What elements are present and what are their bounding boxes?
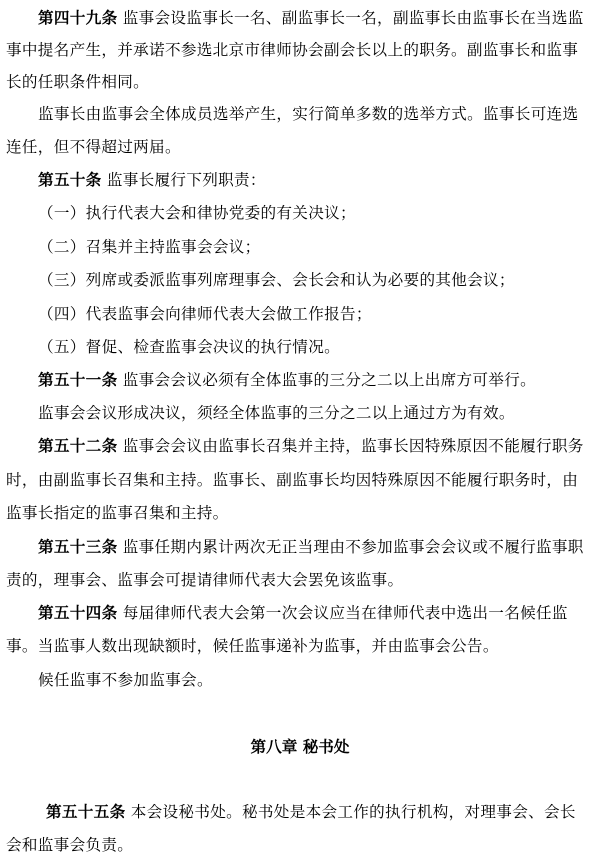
article-text: 每届律师代表大会第一次会议应当在律师代表中选出一名候任监 <box>123 604 568 622</box>
article-53-line-1: 第五十三条 监事任期内累计两次无正当理由不参加监事会会议或不履行监事职 <box>38 537 584 557</box>
article-50-item-5: （五）督促、检查监事会决议的执行情况。 <box>38 337 340 357</box>
article-49-line-2: 事中提名产生，并承诺不参选北京市律师协会副会长以上的职务。副监事长和监事 <box>6 40 578 60</box>
chapter-heading: 第八章 秘书处 <box>6 737 594 757</box>
article-51-line-1: 第五十一条 监事会会议必须有全体监事的三分之二以上出席方可举行。 <box>38 370 536 390</box>
article-text: 监事会会议必须有全体监事的三分之二以上出席方可举行。 <box>123 371 536 389</box>
article-text: 监事会会议由监事长召集并主持，监事长因特殊原因不能履行职务 <box>123 437 584 455</box>
article-55-line-2: 会和监事会负责。 <box>6 835 133 855</box>
article-52-line-3: 监事长指定的监事召集和主持。 <box>6 503 229 523</box>
article-50-item-3: （三）列席或委派监事列席理事会、会长会和认为必要的其他会议； <box>38 270 515 290</box>
article-text: 监事长履行下列职责： <box>107 171 266 189</box>
article-54-line-1: 第五十四条 每届律师代表大会第一次会议应当在律师代表中选出一名候任监 <box>38 603 568 623</box>
article-50-item-2: （二）召集并主持监事会会议； <box>38 237 261 257</box>
article-text: 监事任期内累计两次无正当理由不参加监事会会议或不履行监事职 <box>123 538 584 556</box>
article-49-paragraph-2-line-1: 监事长由监事会全体成员选举产生，实行简单多数的选举方式。监事长可连选 <box>38 104 578 124</box>
article-50-item-1: （一）执行代表大会和律协党委的有关决议； <box>38 203 356 223</box>
article-49-line-1: 第四十九条 监事会设监事长一名、副监事长一名，副监事长由监事长在当选监 <box>38 8 584 28</box>
article-53-line-2: 责的，理事会、监事会可提请律师代表大会罢免该监事。 <box>6 570 403 590</box>
article-52-line-1: 第五十二条 监事会会议由监事长召集并主持，监事长因特殊原因不能履行职务 <box>38 436 584 456</box>
article-54-paragraph-2: 候任监事不参加监事会。 <box>38 670 213 690</box>
article-49-paragraph-2-line-2: 连任，但不得超过两届。 <box>6 137 181 157</box>
article-label: 第五十二条 <box>38 437 117 455</box>
article-51-paragraph-2: 监事会会议形成决议，须经全体监事的三分之二以上通过方为有效。 <box>38 403 515 423</box>
article-52-line-2: 时，由副监事长召集和主持。监事长、副监事长均因特殊原因不能履行职务时，由 <box>6 470 578 490</box>
article-49-line-3: 长的任职条件相同。 <box>6 72 149 92</box>
article-54-line-2: 事。当监事人数出现缺额时，候任监事递补为监事，并由监事会公告。 <box>6 636 499 656</box>
article-label: 第五十条 <box>38 171 102 189</box>
article-label: 第四十九条 <box>38 9 117 27</box>
article-50-line-1: 第五十条 监事长履行下列职责： <box>38 170 266 190</box>
article-50-item-4: （四）代表监事会向律师代表大会做工作报告； <box>38 304 372 324</box>
article-label: 第五十三条 <box>38 538 117 556</box>
article-label: 第五十五条 <box>46 803 125 821</box>
article-text: 本会设秘书处。秘书处是本会工作的执行机构，对理事会、会长 <box>131 803 576 821</box>
article-text: 监事会设监事长一名、副监事长一名，副监事长由监事长在当选监 <box>123 9 584 27</box>
article-label: 第五十四条 <box>38 604 117 622</box>
article-55-line-1: 第五十五条 本会设秘书处。秘书处是本会工作的执行机构，对理事会、会长 <box>46 802 576 822</box>
article-label: 第五十一条 <box>38 371 117 389</box>
